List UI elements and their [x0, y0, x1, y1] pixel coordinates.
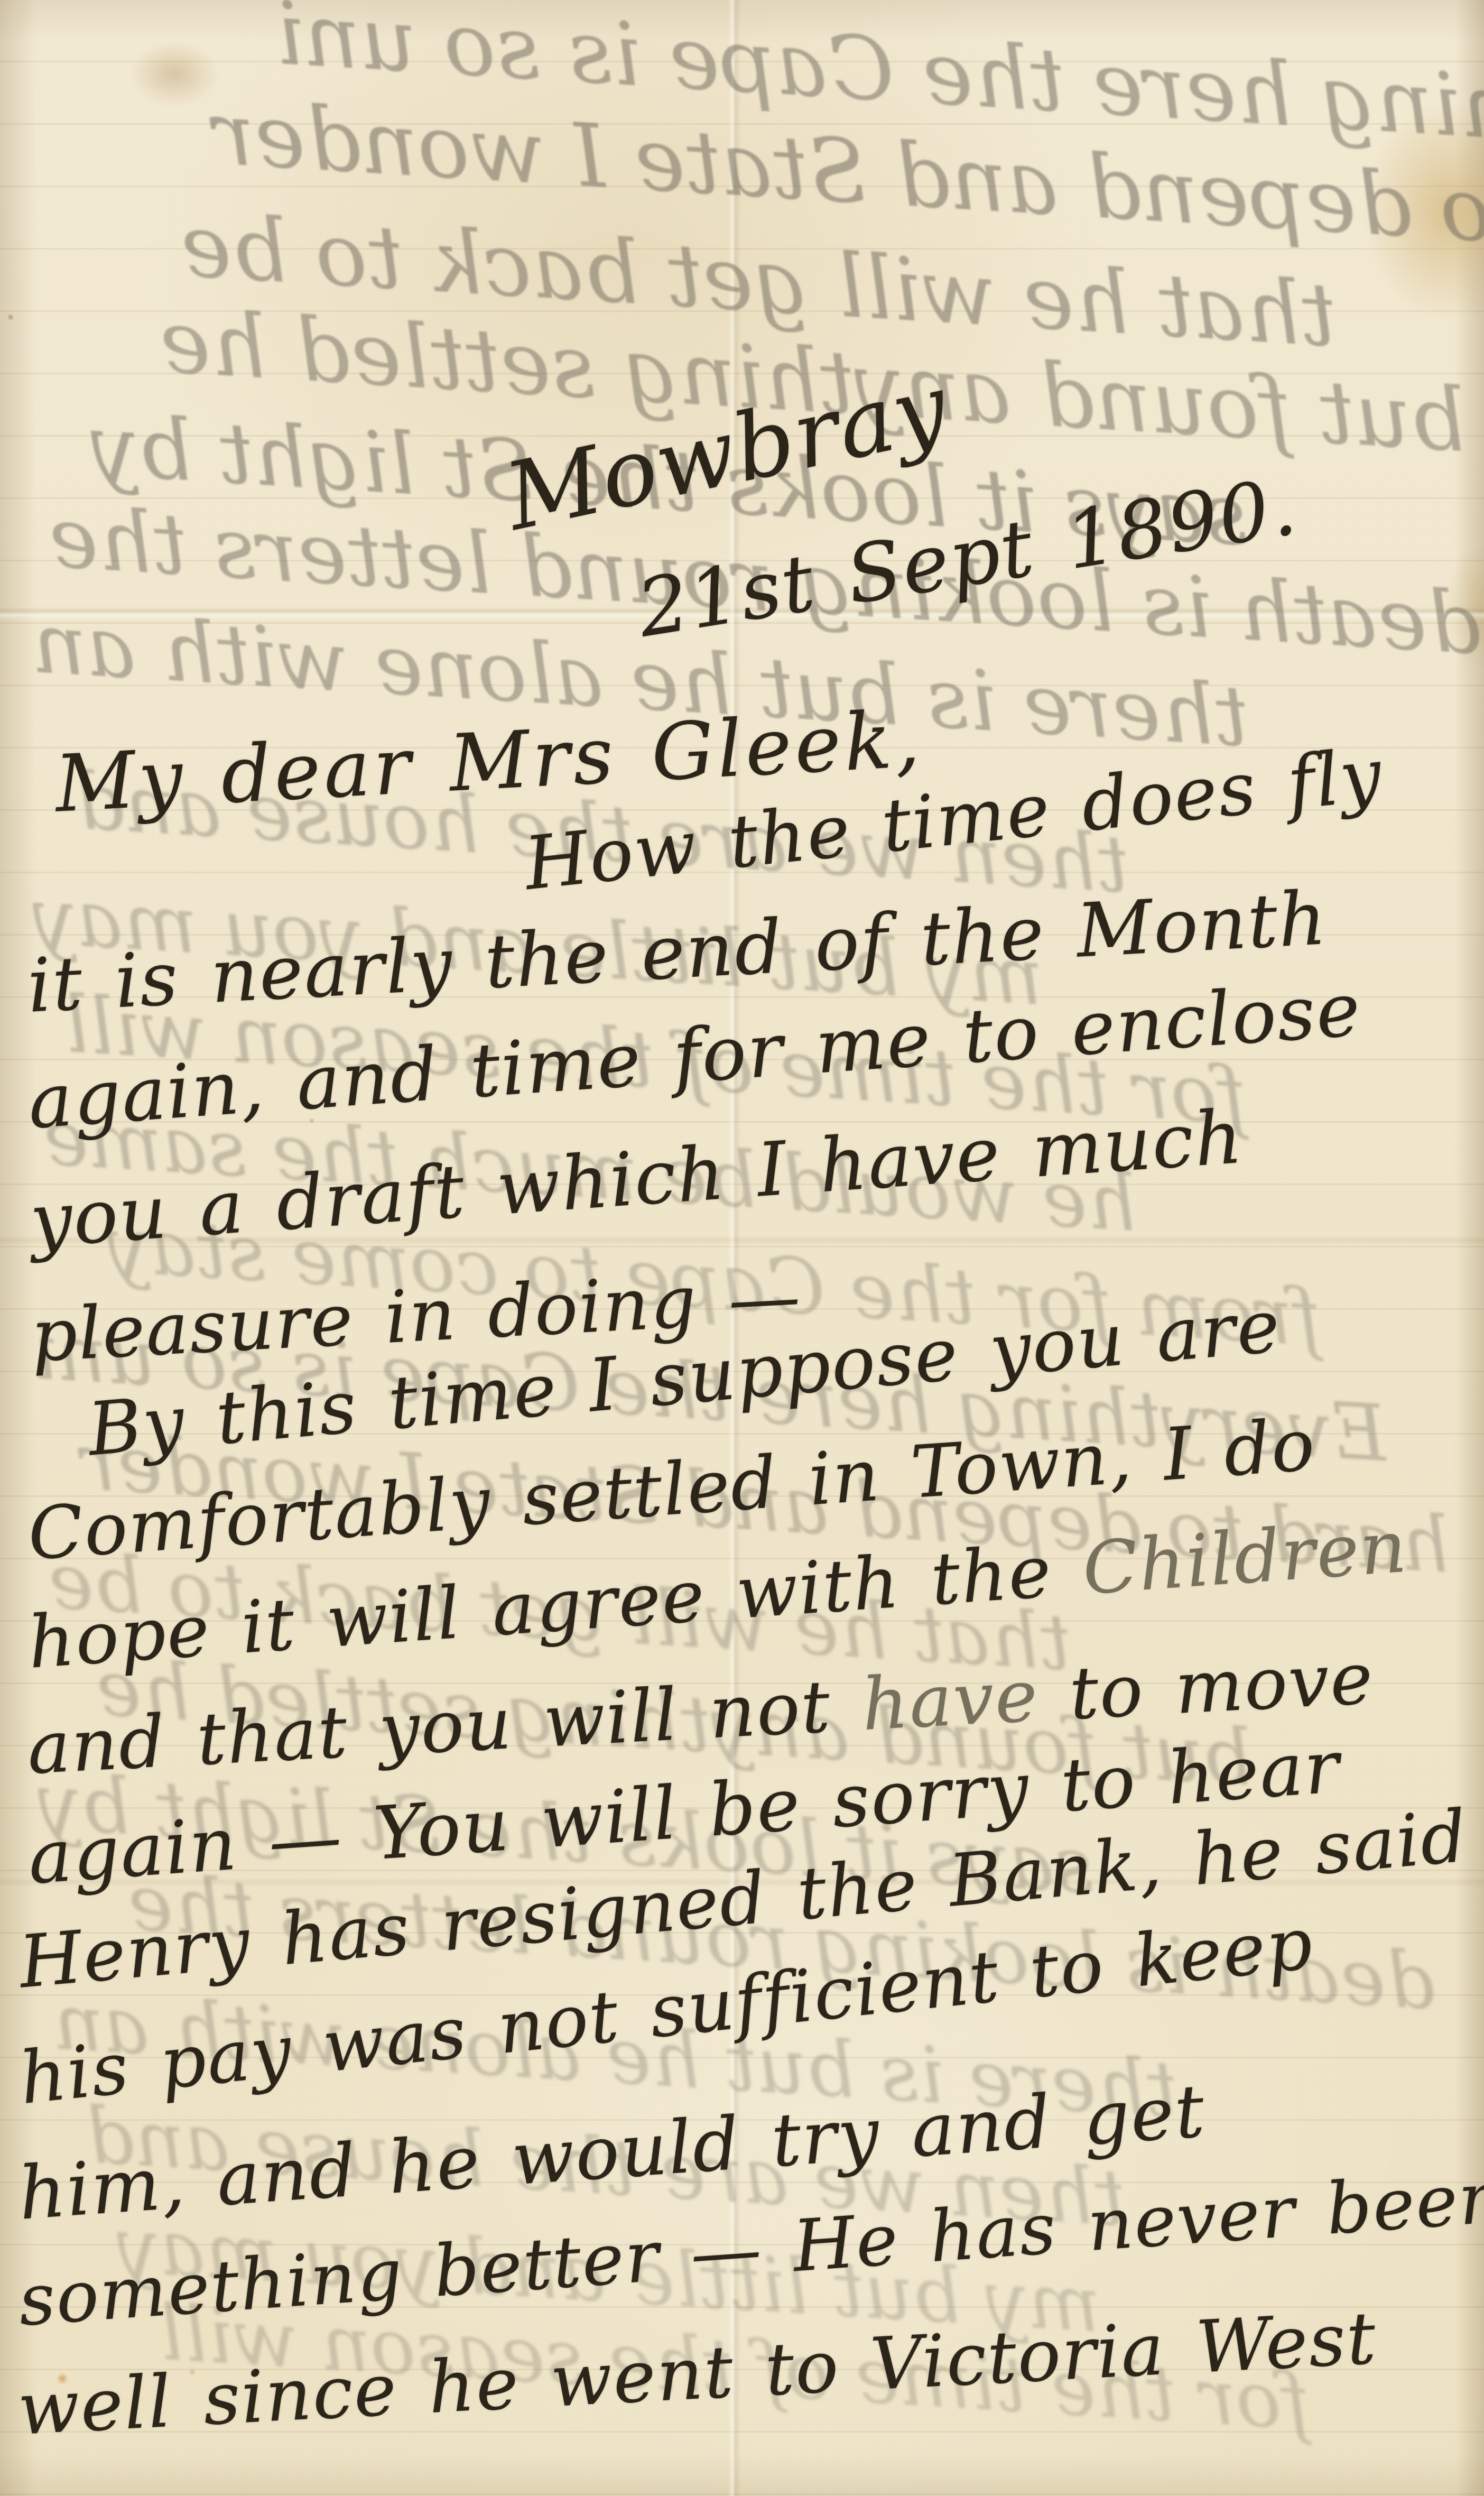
bleedthrough-line: Everything here the Cape is so uni	[273, 0, 1484, 177]
bleedthrough-line: hard to depend and State I wonder	[210, 82, 1484, 279]
letter-word-faded: Children	[1080, 1505, 1410, 1612]
bleedthrough-line: that he will get back to be	[178, 195, 1339, 366]
letter-word-faded: have	[860, 1654, 1041, 1747]
letter-page: Everything here the Cape is so unihard t…	[0, 0, 1484, 2496]
letter-word: to move	[1036, 1637, 1376, 1738]
letter-place: Mowbray	[497, 354, 957, 552]
